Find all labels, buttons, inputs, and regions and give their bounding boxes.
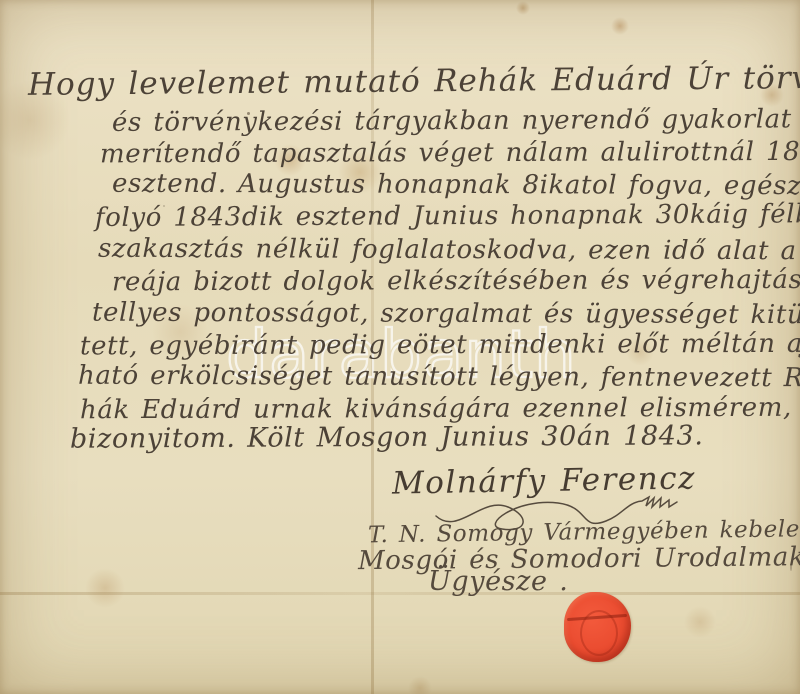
- horizontal-fold-crease: [0, 592, 800, 595]
- manuscript-line: és törvénykezési tárgyakban nyerendő gya…: [112, 106, 800, 136]
- manuscript-line: merítendő tapasztalás véget nálam alulir…: [100, 139, 800, 168]
- manuscript-line: ható erkölcsiséget tanusított légyen, fe…: [78, 363, 800, 392]
- manuscript-line: folyó 1843dik esztend Junius honapnak 30…: [95, 201, 800, 231]
- manuscript-line: hák Eduárd urnak kivánságára ezennel eli…: [80, 395, 792, 423]
- wax-seal: [564, 592, 631, 662]
- signer-title-line: Mosgói és Somodori Urodalmaknak: [358, 544, 800, 574]
- manuscript-line: tett, egyébiránt pedig eötet mindenki el…: [80, 331, 800, 360]
- manuscript-line: reája bizott dolgok elkészítésében és vé…: [112, 267, 800, 296]
- signer-title-line: Ügyésze .: [428, 568, 568, 595]
- manuscript-line: Hogy levelemet mutató Rehák Eduárd Úr tö…: [28, 62, 800, 101]
- manuscript-line: tellyes pontosságot, szorgalmat és ügyes…: [92, 300, 800, 329]
- manuscript-line: esztend. Augustus honapnak 8ikatol fogva…: [112, 171, 800, 200]
- manuscript-line: szakasztás nélkül foglalatoskodva, ezen …: [98, 236, 797, 264]
- manuscript-page: darabanth Hogy levelemet mutató Rehák Ed…: [0, 0, 800, 694]
- manuscript-line: bizonyitom. Költ Mosgon Junius 30án 1843…: [70, 422, 704, 452]
